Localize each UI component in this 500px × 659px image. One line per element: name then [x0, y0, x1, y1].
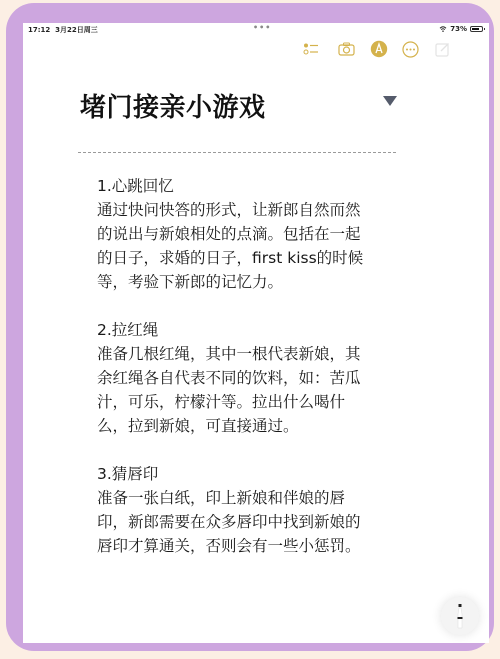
section-heading: 3.猜唇印	[97, 462, 417, 486]
section-heading: 1.心跳回忆	[97, 174, 417, 198]
section-line: 准备一张白纸，印上新娘和伴娘的唇	[97, 486, 417, 510]
section-line: 汁，可乐，柠檬汁等。拉出什么喝什	[97, 390, 417, 414]
status-bar: 17:12 3月22日周三 ••• 73%	[23, 23, 489, 37]
status-date: 3月22日周三	[55, 26, 98, 34]
multitasking-dots[interactable]: •••	[253, 23, 271, 32]
camera-icon	[338, 42, 355, 56]
battery-icon	[470, 26, 483, 32]
section-heart-memory: 1.心跳回忆 通过快问快答的形式，让新郎自然而然 的说出与新娘相处的点滴。包括在…	[97, 174, 417, 294]
status-time-date: 17:12 3月22日周三	[28, 25, 98, 35]
markup-button[interactable]	[369, 39, 389, 59]
collapse-triangle-icon[interactable]	[383, 96, 397, 106]
more-icon	[402, 41, 419, 58]
compose-button[interactable]	[432, 39, 452, 59]
note-body[interactable]: 1.心跳回忆 通过快问快答的形式，让新郎自然而然 的说出与新娘相处的点滴。包括在…	[97, 174, 417, 582]
status-time: 17:12	[28, 26, 50, 34]
notes-screen: 17:12 3月22日周三 ••• 73%	[23, 23, 489, 643]
battery-percent: 73%	[450, 25, 467, 33]
section-line: 印，新郎需要在众多唇印中找到新娘的	[97, 510, 417, 534]
pencil-icon	[455, 602, 465, 630]
section-line: 通过快问快答的形式，让新郎自然而然	[97, 198, 417, 222]
checklist-icon	[303, 42, 319, 56]
section-line: 唇印才算通关，否则会有一些小惩罚。	[97, 534, 417, 558]
section-red-rope: 2.拉红绳 准备几根红绳，其中一根代表新娘，其 余红绳各自代表不同的饮料，如：苦…	[97, 318, 417, 438]
device-frame: 17:12 3月22日周三 ••• 73%	[6, 3, 494, 651]
status-indicators: 73%	[439, 25, 483, 33]
section-guess-lip-print: 3.猜唇印 准备一张白纸，印上新娘和伴娘的唇 印，新郎需要在众多唇印中找到新娘的…	[97, 462, 417, 558]
more-button[interactable]	[400, 39, 420, 59]
section-line: 准备几根红绳，其中一根代表新娘，其	[97, 342, 417, 366]
section-line: 等，考验下新郎的记忆力。	[97, 270, 417, 294]
markup-pencil-icon	[370, 40, 388, 58]
note-toolbar	[289, 39, 489, 61]
section-heading: 2.拉红绳	[97, 318, 417, 342]
apple-pencil-button[interactable]	[441, 597, 479, 635]
checklist-button[interactable]	[301, 39, 321, 59]
wifi-icon	[439, 26, 447, 32]
section-line: 余红绳各自代表不同的饮料，如：苦瓜	[97, 366, 417, 390]
section-line: 的日子，求婚的日子，first kiss的时候	[97, 246, 417, 270]
note-title[interactable]: 堵门接亲小游戏	[80, 87, 266, 124]
section-line: 么，拉到新娘，可直接通过。	[97, 414, 417, 438]
camera-button[interactable]	[336, 39, 356, 59]
dashed-divider	[78, 152, 396, 153]
compose-icon	[435, 42, 450, 57]
section-line: 的说出与新娘相处的点滴。包括在一起	[97, 222, 417, 246]
